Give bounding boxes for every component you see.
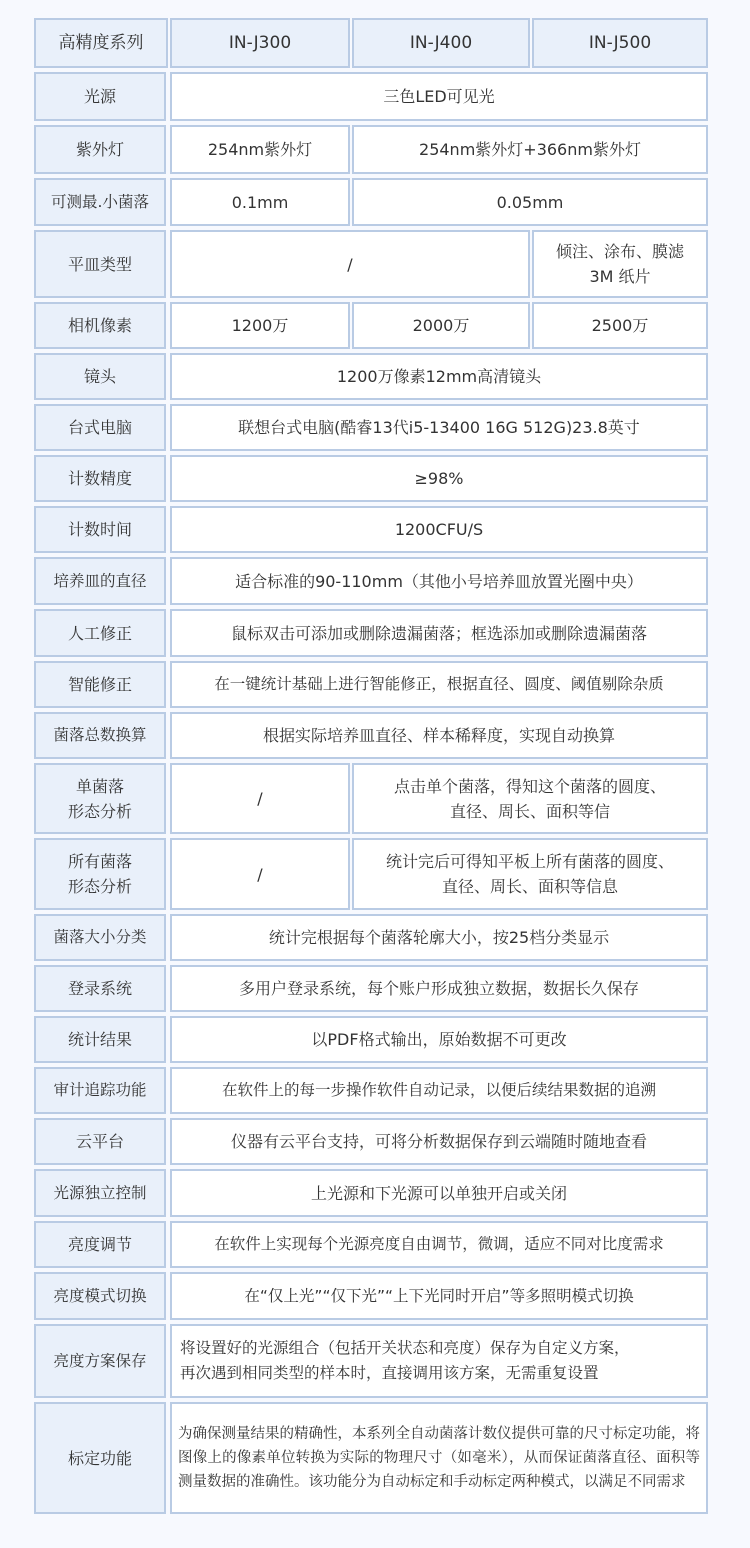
row-label-total-conversion: 菌落总数换算 [34,712,166,759]
row-label-all-morphology: 所有菌落 形态分析 [34,838,166,910]
dish-diameter-value: 适合标准的90-110mm（其他小号培养皿放置光圈中央） [170,557,708,605]
camera-pixels-j300: 1200万 [170,302,350,349]
row-label-dish-diameter: 培养皿的直径 [34,557,166,605]
manual-correction-value: 鼠标双击可添加或删除遗漏菌落；框选添加或删除遗漏菌落 [170,609,708,657]
single-morphology-label-line2: 形态分析 [68,799,132,824]
row-label-brightness-preset: 亮度方案保存 [34,1324,166,1398]
desktop-pc-value: 联想台式电脑(酷睿13代i5-13400 16G 512G)23.8英寸 [170,404,708,451]
brightness-preset-value: 将设置好的光源组合（包括开关状态和亮度）保存为自定义方案， 再次遇到相同类型的样… [170,1324,708,1398]
row-label-min-colony: 可测最.小菌落 [34,178,166,226]
row-label-camera-pixels: 相机像素 [34,302,166,349]
header-series-label: 高精度系列 [34,18,168,68]
all-morphology-j300: / [170,838,350,910]
row-label-uv-lamp: 紫外灯 [34,125,166,174]
total-conversion-value: 根据实际培养皿直径、样本稀释度，实现自动换算 [170,712,708,759]
camera-pixels-j500: 2500万 [532,302,708,349]
row-label-single-morphology: 单菌落 形态分析 [34,763,166,834]
calibration-value: 为确保测量结果的精确性，本系列全自动菌落计数仪提供可靠的尺寸标定功能，将图像上的… [170,1402,708,1514]
brightness-preset-line1: 将设置好的光源组合（包括开关状态和亮度）保存为自定义方案， [180,1336,630,1361]
dish-type-j500: 倾注、涂布、膜滤 3M 纸片 [532,230,708,298]
single-morphology-line2: 直径、周长、面积等信 [450,799,610,824]
row-label-size-classification: 菌落大小分类 [34,914,166,961]
row-label-desktop-pc: 台式电脑 [34,404,166,451]
size-classification-value: 统计完根据每个菌落轮廓大小，按25档分类显示 [170,914,708,961]
independent-light-value: 上光源和下光源可以单独开启或关闭 [170,1169,708,1217]
min-colony-j400-j500: 0.05mm [352,178,708,226]
spec-comparison-table: 高精度系列 IN-J300 IN-J400 IN-J500 光源 三色LED可见… [34,18,708,1514]
row-label-count-accuracy: 计数精度 [34,455,166,502]
results-value: 以PDF格式输出，原始数据不可更改 [170,1016,708,1063]
single-morphology-line1: 点击单个菌落，得知这个菌落的圆度、 [394,774,666,799]
row-label-light-source: 光源 [34,72,166,121]
smart-correction-value: 在一键统计基础上进行智能修正，根据直径、圆度、阈值剔除杂质 [170,661,708,708]
all-morphology-line2: 直径、周长、面积等信息 [442,874,618,899]
brightness-mode-value: 在“仅上光”“仅下光”“上下光同时开启”等多照明模式切换 [170,1272,708,1320]
login-system-value: 多用户登录系统，每个账户形成独立数据，数据长久保存 [170,965,708,1012]
cloud-platform-value: 仪器有云平台支持，可将分析数据保存到云端随时随地查看 [170,1118,708,1165]
dish-type-j500-line1: 倾注、涂布、膜滤 [556,239,684,264]
row-label-smart-correction: 智能修正 [34,661,166,708]
uv-lamp-j400-j500: 254nm紫外灯+366nm紫外灯 [352,125,708,174]
min-colony-j300: 0.1mm [170,178,350,226]
single-morphology-label-line1: 单菌落 [76,774,124,799]
all-morphology-j400-j500: 统计完后可得知平板上所有菌落的圆度、 直径、周长、面积等信息 [352,838,708,910]
light-source-value: 三色LED可见光 [170,72,708,121]
single-morphology-j300: / [170,763,350,834]
row-label-manual-correction: 人工修正 [34,609,166,657]
row-label-brightness-mode: 亮度模式切换 [34,1272,166,1320]
header-model-j300: IN-J300 [170,18,350,68]
count-accuracy-value: ≥98% [170,455,708,502]
row-label-brightness-adjust: 亮度调节 [34,1221,166,1268]
row-label-results: 统计结果 [34,1016,166,1063]
row-label-independent-light: 光源独立控制 [34,1169,166,1217]
brightness-preset-line2: 再次遇到相同类型的样本时，直接调用该方案，无需重复设置 [180,1361,599,1386]
uv-lamp-j300: 254nm紫外灯 [170,125,350,174]
header-model-j400: IN-J400 [352,18,530,68]
audit-trail-value: 在软件上的每一步操作软件自动记录，以便后续结果数据的追溯 [170,1067,708,1114]
row-label-cloud-platform: 云平台 [34,1118,166,1165]
row-label-lens: 镜头 [34,353,166,400]
row-label-count-time: 计数时间 [34,506,166,553]
header-model-j500: IN-J500 [532,18,708,68]
single-morphology-j400-j500: 点击单个菌落，得知这个菌落的圆度、 直径、周长、面积等信 [352,763,708,834]
dish-type-j300-j400: / [170,230,530,298]
row-label-login-system: 登录系统 [34,965,166,1012]
all-morphology-label-line1: 所有菌落 [68,849,132,874]
brightness-adjust-value: 在软件上实现每个光源亮度自由调节，微调，适应不同对比度需求 [170,1221,708,1268]
row-label-audit-trail: 审计追踪功能 [34,1067,166,1114]
row-label-calibration: 标定功能 [34,1402,166,1514]
camera-pixels-j400: 2000万 [352,302,530,349]
dish-type-j500-line2: 3M 纸片 [589,264,650,289]
all-morphology-line1: 统计完后可得知平板上所有菌落的圆度、 [386,849,674,874]
row-label-dish-type: 平皿类型 [34,230,166,298]
lens-value: 1200万像素12mm高清镜头 [170,353,708,400]
count-time-value: 1200CFU/S [170,506,708,553]
all-morphology-label-line2: 形态分析 [68,874,132,899]
